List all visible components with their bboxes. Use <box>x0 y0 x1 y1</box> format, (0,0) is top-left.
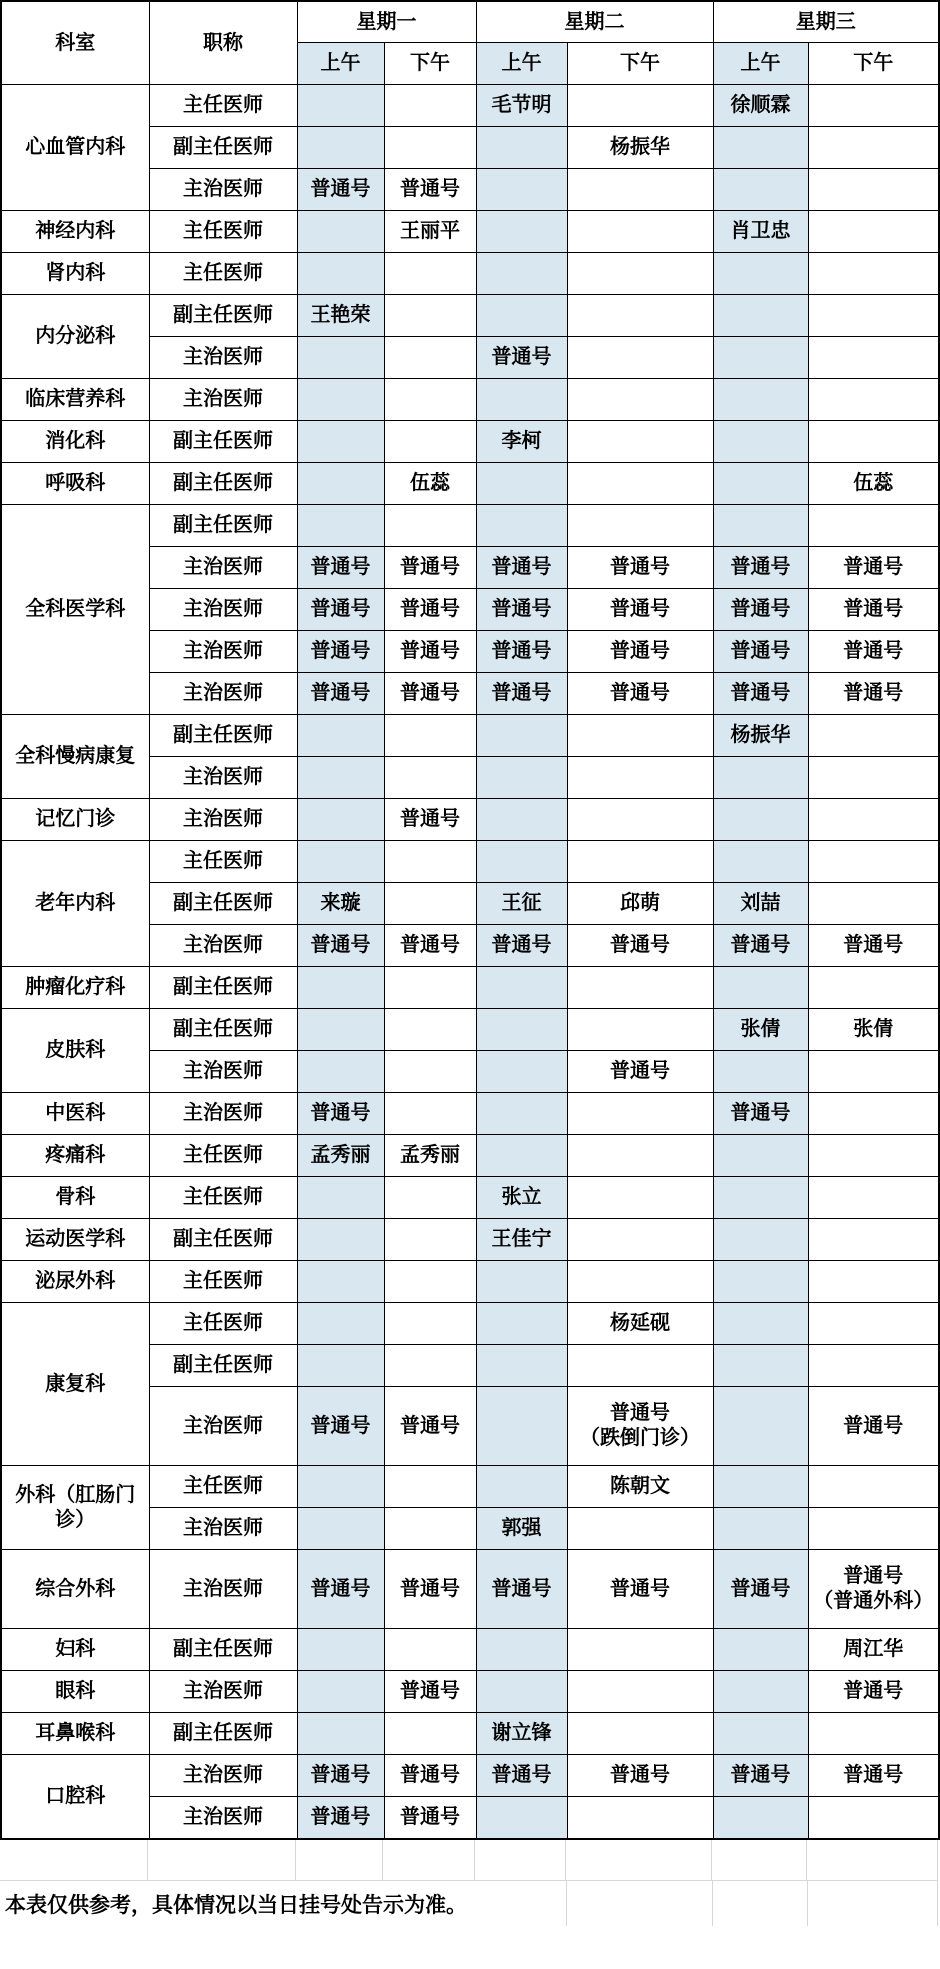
slot-cell-mon_am: 普通号 <box>297 1550 384 1629</box>
slot-cell-wed_pm <box>808 967 939 1009</box>
slot-cell-tue_pm <box>567 505 713 547</box>
schedule-row: 耳鼻喉科副主任医师谢立锋 <box>1 1713 939 1755</box>
slot-cell-mon_pm: 普通号 <box>384 1671 476 1713</box>
slot-cell-tue_am <box>476 1009 567 1051</box>
slot-cell-tue_am <box>476 1303 567 1345</box>
slot-cell-mon_am <box>297 1009 384 1051</box>
slot-cell-tue_pm <box>567 421 713 463</box>
slot-cell-tue_am: 普通号 <box>476 673 567 715</box>
slot-cell-wed_pm <box>808 1797 939 1840</box>
slot-cell-wed_am <box>713 1135 808 1177</box>
header-day-monday: 星期一 <box>297 1 476 43</box>
slot-cell-mon_am <box>297 841 384 883</box>
slot-cell-mon_am <box>297 211 384 253</box>
slot-cell-wed_pm: 普通号 <box>808 547 939 589</box>
department-cell: 呼吸科 <box>1 463 149 505</box>
empty-grid-row <box>0 1840 938 1881</box>
slot-cell-mon_am <box>297 1713 384 1755</box>
slot-cell-tue_pm <box>567 463 713 505</box>
header-monday-am: 上午 <box>297 43 384 85</box>
slot-cell-tue_pm <box>567 1177 713 1219</box>
slot-cell-mon_pm: 普通号 <box>384 673 476 715</box>
slot-cell-wed_pm: 普通号 <box>808 589 939 631</box>
slot-cell-mon_pm: 孟秀丽 <box>384 1135 476 1177</box>
title-cell: 主治医师 <box>149 169 297 211</box>
slot-cell-wed_am: 刘喆 <box>713 883 808 925</box>
slot-cell-wed_pm <box>808 505 939 547</box>
slot-cell-wed_am <box>713 295 808 337</box>
title-cell: 主任医师 <box>149 1303 297 1345</box>
header-day-tuesday: 星期二 <box>476 1 713 43</box>
slot-cell-tue_pm <box>567 1629 713 1671</box>
slot-cell-mon_pm: 普通号 <box>384 1797 476 1840</box>
slot-cell-tue_pm: 普通号 <box>567 1755 713 1797</box>
slot-cell-wed_am: 普通号 <box>713 1550 808 1629</box>
slot-cell-wed_pm <box>808 1051 939 1093</box>
slot-cell-mon_pm <box>384 295 476 337</box>
slot-cell-tue_am <box>476 127 567 169</box>
slot-cell-wed_pm <box>808 1303 939 1345</box>
slot-cell-mon_am <box>297 1177 384 1219</box>
title-cell: 副主任医师 <box>149 421 297 463</box>
slot-cell-tue_pm: 杨延砚 <box>567 1303 713 1345</box>
slot-cell-wed_pm <box>808 1345 939 1387</box>
slot-cell-mon_pm <box>384 757 476 799</box>
slot-cell-wed_am: 普通号 <box>713 589 808 631</box>
title-cell: 主治医师 <box>149 589 297 631</box>
slot-cell-tue_pm <box>567 1797 713 1840</box>
slot-cell-mon_pm <box>384 1629 476 1671</box>
title-cell: 副主任医师 <box>149 883 297 925</box>
schedule-row: 临床营养科主治医师 <box>1 379 939 421</box>
footer-gridline <box>937 1881 938 1926</box>
slot-cell-wed_am <box>713 1051 808 1093</box>
slot-cell-wed_pm: 普通号 <box>808 673 939 715</box>
slot-cell-wed_pm: 普通号 <box>808 1387 939 1466</box>
schedule-row: 记忆门诊主治医师普通号 <box>1 799 939 841</box>
slot-cell-tue_am <box>476 841 567 883</box>
slot-cell-tue_am <box>476 295 567 337</box>
slot-cell-wed_pm: 普通号 <box>808 925 939 967</box>
empty-cell <box>383 1840 475 1880</box>
slot-cell-tue_pm: 邱萌 <box>567 883 713 925</box>
slot-cell-tue_pm: 陈朝文 <box>567 1466 713 1508</box>
department-cell: 内分泌科 <box>1 295 149 379</box>
department-cell: 全科医学科 <box>1 505 149 715</box>
slot-cell-tue_am <box>476 1671 567 1713</box>
slot-cell-mon_am: 来璇 <box>297 883 384 925</box>
schedule-row: 眼科主治医师普通号普通号 <box>1 1671 939 1713</box>
slot-cell-mon_pm <box>384 1051 476 1093</box>
department-cell: 耳鼻喉科 <box>1 1713 149 1755</box>
slot-cell-mon_am <box>297 1671 384 1713</box>
title-cell: 主治医师 <box>149 547 297 589</box>
department-cell: 口腔科 <box>1 1755 149 1840</box>
slot-cell-wed_am <box>713 169 808 211</box>
slot-cell-wed_am <box>713 463 808 505</box>
slot-cell-mon_pm: 普通号 <box>384 547 476 589</box>
slot-cell-mon_pm <box>384 337 476 379</box>
slot-cell-mon_am: 普通号 <box>297 673 384 715</box>
slot-cell-wed_am <box>713 841 808 883</box>
slot-cell-wed_pm <box>808 1219 939 1261</box>
slot-cell-tue_pm: 普通号 （跌倒门诊） <box>567 1387 713 1466</box>
slot-cell-mon_am <box>297 505 384 547</box>
slot-cell-wed_am <box>713 1303 808 1345</box>
slot-cell-wed_pm: 普通号 <box>808 631 939 673</box>
slot-cell-wed_am <box>713 1345 808 1387</box>
slot-cell-tue_am: 普通号 <box>476 1755 567 1797</box>
slot-cell-mon_pm <box>384 127 476 169</box>
slot-cell-wed_am <box>713 337 808 379</box>
slot-cell-mon_am: 普通号 <box>297 169 384 211</box>
department-cell: 疼痛科 <box>1 1135 149 1177</box>
slot-cell-wed_pm <box>808 169 939 211</box>
department-cell: 中医科 <box>1 1093 149 1135</box>
department-cell: 外科（肛肠门诊） <box>1 1466 149 1550</box>
slot-cell-tue_am: 毛节明 <box>476 85 567 127</box>
slot-cell-tue_pm <box>567 211 713 253</box>
slot-cell-tue_pm: 普通号 <box>567 1051 713 1093</box>
schedule-row: 疼痛科主任医师孟秀丽孟秀丽 <box>1 1135 939 1177</box>
slot-cell-tue_pm <box>567 1219 713 1261</box>
slot-cell-wed_pm: 周江华 <box>808 1629 939 1671</box>
empty-cell <box>0 1840 148 1880</box>
slot-cell-wed_pm <box>808 1508 939 1550</box>
slot-cell-mon_am: 普通号 <box>297 1755 384 1797</box>
slot-cell-wed_pm <box>808 1713 939 1755</box>
slot-cell-wed_am <box>713 1177 808 1219</box>
slot-cell-tue_am <box>476 463 567 505</box>
title-cell: 副主任医师 <box>149 463 297 505</box>
schedule-row: 消化科副主任医师李柯 <box>1 421 939 463</box>
slot-cell-tue_am: 王佳宁 <box>476 1219 567 1261</box>
slot-cell-wed_pm <box>808 1261 939 1303</box>
slot-cell-mon_am <box>297 253 384 295</box>
slot-cell-mon_am: 普通号 <box>297 1387 384 1466</box>
title-cell: 主任医师 <box>149 1177 297 1219</box>
schedule-row: 肾内科主任医师 <box>1 253 939 295</box>
slot-cell-mon_pm <box>384 505 476 547</box>
slot-cell-mon_am <box>297 1261 384 1303</box>
slot-cell-mon_am <box>297 1508 384 1550</box>
schedule-row: 口腔科主治医师普通号普通号普通号普通号普通号普通号 <box>1 1755 939 1797</box>
slot-cell-tue_pm <box>567 1713 713 1755</box>
slot-cell-mon_pm <box>384 1713 476 1755</box>
slot-cell-mon_am <box>297 337 384 379</box>
slot-cell-tue_pm <box>567 379 713 421</box>
slot-cell-tue_am: 普通号 <box>476 925 567 967</box>
slot-cell-wed_pm <box>808 799 939 841</box>
slot-cell-wed_pm: 普通号 （普通外科） <box>808 1550 939 1629</box>
title-cell: 主治医师 <box>149 1387 297 1466</box>
header-row-days: 科室 职称 星期一 星期二 星期三 <box>1 1 939 43</box>
schedule-row: 呼吸科副主任医师伍蕊伍蕊 <box>1 463 939 505</box>
slot-cell-tue_am <box>476 211 567 253</box>
title-cell: 主任医师 <box>149 1135 297 1177</box>
slot-cell-tue_pm: 普通号 <box>567 673 713 715</box>
slot-cell-wed_am: 杨振华 <box>713 715 808 757</box>
empty-cell <box>475 1840 566 1880</box>
slot-cell-wed_am: 普通号 <box>713 547 808 589</box>
title-cell: 主治医师 <box>149 1755 297 1797</box>
title-cell: 副主任医师 <box>149 1629 297 1671</box>
title-cell: 主任医师 <box>149 841 297 883</box>
schedule-row: 外科（肛肠门诊）主任医师陈朝文 <box>1 1466 939 1508</box>
slot-cell-mon_pm: 普通号 <box>384 925 476 967</box>
slot-cell-tue_am <box>476 1051 567 1093</box>
title-cell: 主治医师 <box>149 1508 297 1550</box>
slot-cell-tue_pm <box>567 85 713 127</box>
slot-cell-wed_am <box>713 1629 808 1671</box>
slot-cell-tue_am <box>476 715 567 757</box>
slot-cell-mon_pm: 普通号 <box>384 169 476 211</box>
slot-cell-tue_am <box>476 967 567 1009</box>
schedule-row: 心血管内科主任医师毛节明徐顺霖 <box>1 85 939 127</box>
slot-cell-mon_am <box>297 715 384 757</box>
slot-cell-tue_am: 普通号 <box>476 631 567 673</box>
slot-cell-wed_pm <box>808 1177 939 1219</box>
slot-cell-wed_pm <box>808 841 939 883</box>
slot-cell-mon_am <box>297 85 384 127</box>
title-cell: 主治医师 <box>149 799 297 841</box>
slot-cell-tue_pm <box>567 337 713 379</box>
slot-cell-mon_pm <box>384 1345 476 1387</box>
slot-cell-mon_am: 普通号 <box>297 631 384 673</box>
title-cell: 副主任医师 <box>149 295 297 337</box>
slot-cell-mon_pm: 伍蕊 <box>384 463 476 505</box>
department-cell: 骨科 <box>1 1177 149 1219</box>
header-title: 职称 <box>149 1 297 85</box>
title-cell: 主治医师 <box>149 631 297 673</box>
slot-cell-mon_am: 普通号 <box>297 925 384 967</box>
schedule-row: 康复科主任医师杨延砚 <box>1 1303 939 1345</box>
slot-cell-mon_am <box>297 757 384 799</box>
slot-cell-wed_pm <box>808 379 939 421</box>
slot-cell-mon_am: 王艳荣 <box>297 295 384 337</box>
slot-cell-tue_pm <box>567 1345 713 1387</box>
department-cell: 综合外科 <box>1 1550 149 1629</box>
schedule-row: 中医科主治医师普通号普通号 <box>1 1093 939 1135</box>
schedule-row: 全科医学科副主任医师 <box>1 505 939 547</box>
slot-cell-wed_am <box>713 127 808 169</box>
title-cell: 副主任医师 <box>149 1345 297 1387</box>
slot-cell-tue_am <box>476 1629 567 1671</box>
slot-cell-wed_am <box>713 757 808 799</box>
title-cell: 主治医师 <box>149 1051 297 1093</box>
slot-cell-wed_am: 普通号 <box>713 1755 808 1797</box>
slot-cell-wed_am <box>713 1671 808 1713</box>
slot-cell-mon_am: 普通号 <box>297 589 384 631</box>
slot-cell-wed_pm <box>808 421 939 463</box>
slot-cell-tue_pm <box>567 253 713 295</box>
slot-cell-tue_am <box>476 505 567 547</box>
slot-cell-wed_pm <box>808 211 939 253</box>
slot-cell-wed_pm <box>808 1466 939 1508</box>
slot-cell-wed_pm <box>808 253 939 295</box>
slot-cell-mon_am: 孟秀丽 <box>297 1135 384 1177</box>
slot-cell-tue_am <box>476 757 567 799</box>
slot-cell-mon_pm: 普通号 <box>384 1387 476 1466</box>
slot-cell-mon_pm <box>384 1261 476 1303</box>
slot-cell-wed_pm <box>808 337 939 379</box>
slot-cell-wed_am <box>713 1219 808 1261</box>
title-cell: 主治医师 <box>149 379 297 421</box>
schedule-row: 神经内科主任医师王丽平肖卫忠 <box>1 211 939 253</box>
schedule-row: 皮肤科副主任医师张倩张倩 <box>1 1009 939 1051</box>
slot-cell-tue_am: 普通号 <box>476 337 567 379</box>
slot-cell-mon_pm <box>384 85 476 127</box>
schedule-row: 老年内科主任医师 <box>1 841 939 883</box>
slot-cell-wed_am <box>713 1508 808 1550</box>
title-cell: 主治医师 <box>149 1797 297 1840</box>
slot-cell-wed_am: 普通号 <box>713 673 808 715</box>
empty-cell <box>566 1840 712 1880</box>
slot-cell-mon_pm <box>384 1009 476 1051</box>
slot-cell-mon_am <box>297 463 384 505</box>
slot-cell-mon_pm <box>384 1093 476 1135</box>
slot-cell-mon_am <box>297 1219 384 1261</box>
slot-cell-wed_am <box>713 379 808 421</box>
header-dept: 科室 <box>1 1 149 85</box>
title-cell: 主任医师 <box>149 1261 297 1303</box>
slot-cell-tue_pm <box>567 799 713 841</box>
slot-cell-mon_am <box>297 421 384 463</box>
header-wednesday-am: 上午 <box>713 43 808 85</box>
slot-cell-wed_pm: 张倩 <box>808 1009 939 1051</box>
slot-cell-tue_pm <box>567 1009 713 1051</box>
slot-cell-wed_pm: 普通号 <box>808 1671 939 1713</box>
slot-cell-tue_am: 普通号 <box>476 589 567 631</box>
slot-cell-mon_pm <box>384 1219 476 1261</box>
slot-cell-wed_am <box>713 421 808 463</box>
slot-cell-mon_pm: 普通号 <box>384 631 476 673</box>
slot-cell-wed_am <box>713 967 808 1009</box>
slot-cell-tue_am <box>476 169 567 211</box>
title-cell: 主治医师 <box>149 1671 297 1713</box>
slot-cell-mon_pm <box>384 967 476 1009</box>
title-cell: 主任医师 <box>149 253 297 295</box>
slot-cell-tue_pm: 普通号 <box>567 925 713 967</box>
slot-cell-wed_am: 徐顺霖 <box>713 85 808 127</box>
slot-cell-mon_pm: 普通号 <box>384 1755 476 1797</box>
slot-cell-wed_pm <box>808 883 939 925</box>
slot-cell-tue_am: 谢立锋 <box>476 1713 567 1755</box>
slot-cell-mon_am: 普通号 <box>297 547 384 589</box>
title-cell: 主任医师 <box>149 211 297 253</box>
schedule-row: 内分泌科副主任医师王艳荣 <box>1 295 939 337</box>
slot-cell-tue_pm <box>567 169 713 211</box>
slot-cell-mon_am <box>297 379 384 421</box>
footer-gridline <box>566 1881 567 1926</box>
schedule-body: 心血管内科主任医师毛节明徐顺霖副主任医师杨振华主治医师普通号普通号神经内科主任医… <box>1 85 939 1840</box>
schedule-row: 妇科副主任医师周江华 <box>1 1629 939 1671</box>
slot-cell-mon_pm <box>384 1303 476 1345</box>
slot-cell-wed_pm <box>808 85 939 127</box>
slot-cell-tue_pm <box>567 841 713 883</box>
slot-cell-wed_am <box>713 1466 808 1508</box>
slot-cell-tue_am <box>476 253 567 295</box>
slot-cell-mon_pm <box>384 1177 476 1219</box>
header-tuesday-pm: 下午 <box>567 43 713 85</box>
empty-cell <box>807 1840 938 1880</box>
slot-cell-mon_pm <box>384 421 476 463</box>
slot-cell-wed_am: 普通号 <box>713 1093 808 1135</box>
title-cell: 主任医师 <box>149 85 297 127</box>
slot-cell-mon_am <box>297 127 384 169</box>
slot-cell-wed_am: 普通号 <box>713 925 808 967</box>
slot-cell-mon_pm <box>384 1466 476 1508</box>
slot-cell-wed_am <box>713 505 808 547</box>
department-cell: 老年内科 <box>1 841 149 967</box>
slot-cell-mon_pm <box>384 379 476 421</box>
slot-cell-wed_pm <box>808 127 939 169</box>
empty-cell <box>148 1840 296 1880</box>
slot-cell-tue_am <box>476 1345 567 1387</box>
header-wednesday-pm: 下午 <box>808 43 939 85</box>
slot-cell-mon_pm <box>384 1508 476 1550</box>
slot-cell-wed_pm <box>808 715 939 757</box>
slot-cell-tue_pm: 杨振华 <box>567 127 713 169</box>
slot-cell-wed_am <box>713 253 808 295</box>
footer-gridline <box>807 1881 808 1926</box>
slot-cell-mon_am <box>297 1345 384 1387</box>
slot-cell-tue_am: 王征 <box>476 883 567 925</box>
slot-cell-tue_am <box>476 1466 567 1508</box>
title-cell: 主任医师 <box>149 1466 297 1508</box>
slot-cell-tue_am <box>476 379 567 421</box>
slot-cell-tue_pm: 普通号 <box>567 589 713 631</box>
slot-cell-tue_am: 普通号 <box>476 1550 567 1629</box>
header-day-wednesday: 星期三 <box>713 1 939 43</box>
slot-cell-tue_pm <box>567 1261 713 1303</box>
slot-cell-wed_pm <box>808 757 939 799</box>
slot-cell-tue_am <box>476 1387 567 1466</box>
slot-cell-mon_pm: 普通号 <box>384 799 476 841</box>
slot-cell-wed_pm <box>808 1135 939 1177</box>
slot-cell-mon_am <box>297 967 384 1009</box>
slot-cell-wed_am <box>713 799 808 841</box>
title-cell: 副主任医师 <box>149 505 297 547</box>
department-cell: 妇科 <box>1 1629 149 1671</box>
slot-cell-mon_am <box>297 1629 384 1671</box>
slot-cell-tue_pm <box>567 1135 713 1177</box>
slot-cell-wed_pm: 普通号 <box>808 1755 939 1797</box>
slot-cell-tue_am <box>476 1093 567 1135</box>
slot-cell-tue_pm <box>567 1671 713 1713</box>
slot-cell-tue_am: 张立 <box>476 1177 567 1219</box>
slot-cell-tue_am <box>476 1135 567 1177</box>
department-cell: 眼科 <box>1 1671 149 1713</box>
department-cell: 康复科 <box>1 1303 149 1466</box>
footer-gridline <box>712 1881 713 1926</box>
slot-cell-tue_pm: 普通号 <box>567 547 713 589</box>
slot-cell-mon_pm <box>384 715 476 757</box>
department-cell: 肾内科 <box>1 253 149 295</box>
title-cell: 主治医师 <box>149 1093 297 1135</box>
schedule-sheet: 科室 职称 星期一 星期二 星期三 上午 下午 上午 下午 上午 下午 心血管内… <box>0 0 940 1926</box>
title-cell: 主治医师 <box>149 757 297 799</box>
slot-cell-tue_am: 李柯 <box>476 421 567 463</box>
slot-cell-tue_pm: 普通号 <box>567 631 713 673</box>
slot-cell-tue_am <box>476 1261 567 1303</box>
footer-row: 本表仅供参考，具体情况以当日挂号处告示为准。 <box>0 1881 938 1926</box>
header-monday-pm: 下午 <box>384 43 476 85</box>
slot-cell-tue_pm <box>567 1093 713 1135</box>
slot-cell-wed_am: 普通号 <box>713 631 808 673</box>
slot-cell-mon_pm <box>384 883 476 925</box>
slot-cell-mon_pm <box>384 253 476 295</box>
